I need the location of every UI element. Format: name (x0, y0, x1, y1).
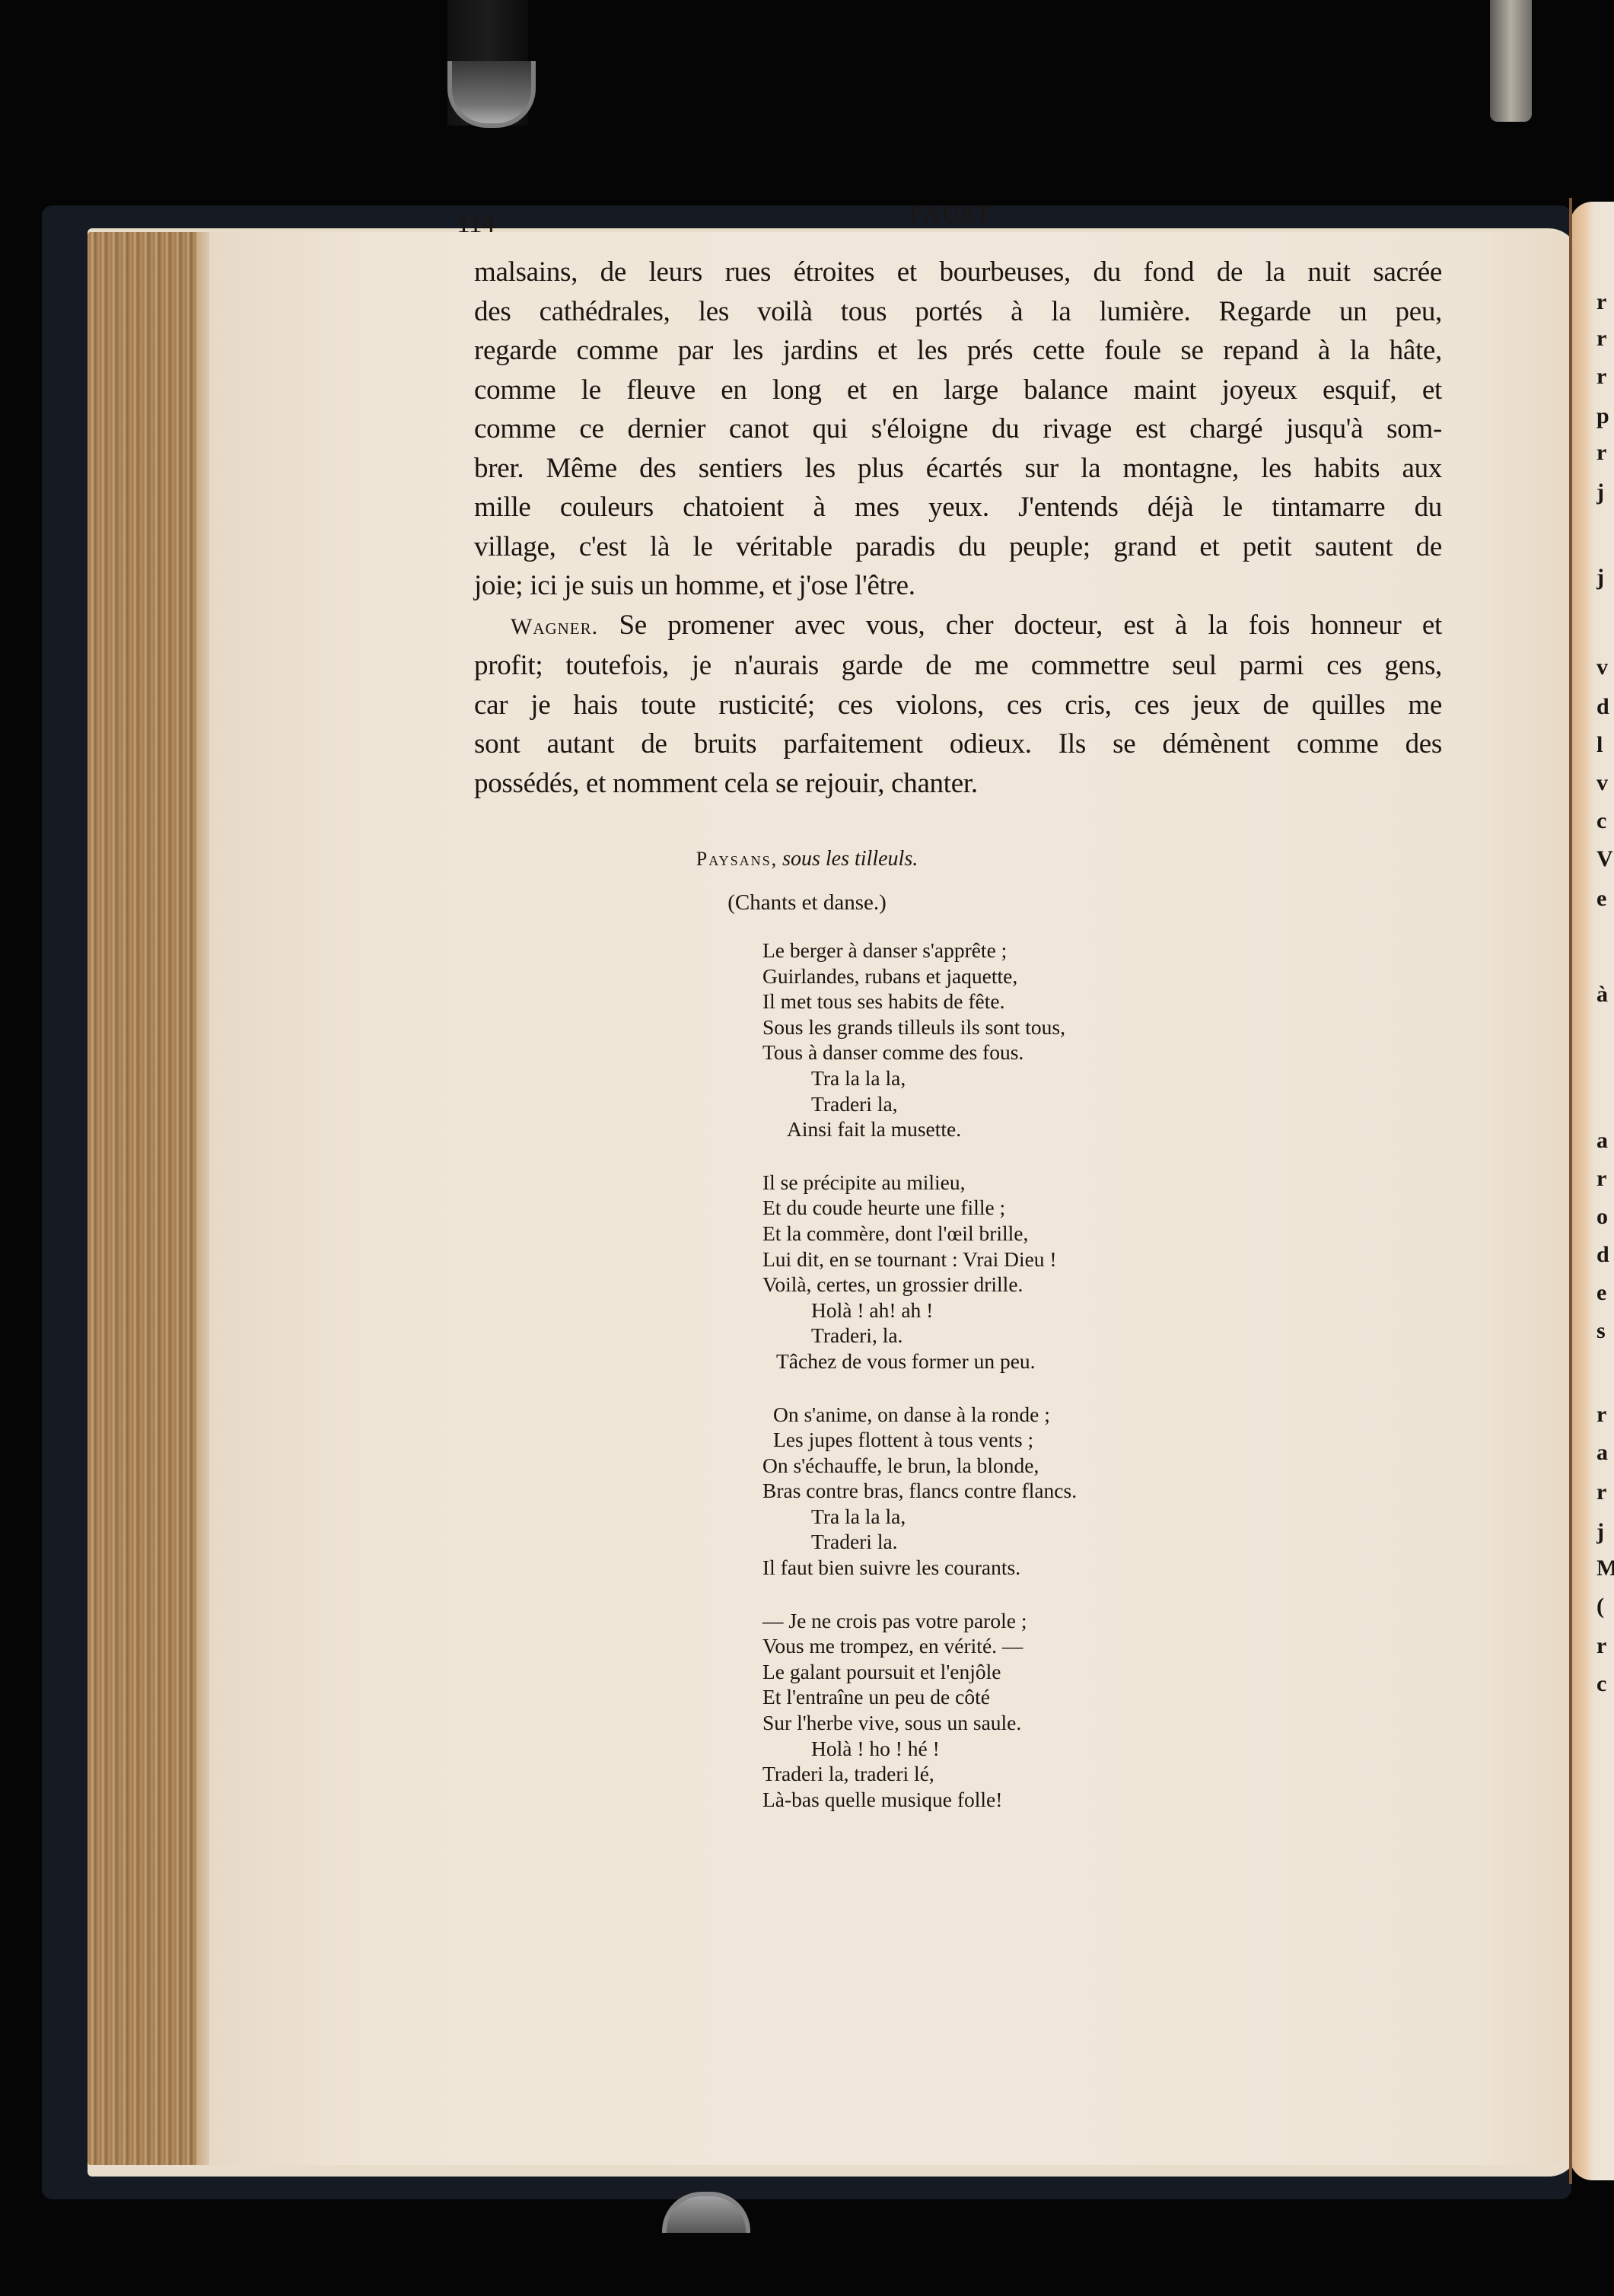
running-title: FAUST. (909, 199, 998, 228)
margin-letter: d (1596, 694, 1609, 720)
margin-letter: l (1596, 732, 1603, 758)
verse-line: Sur l'herbe vive, sous un saule. (762, 1710, 1077, 1736)
verse-line: Traderi la, traderi lé, (762, 1761, 1077, 1787)
verse-line: On s'échauffe, le brun, la blonde, (762, 1453, 1077, 1479)
margin-letter: s (1596, 1318, 1606, 1344)
verse-line: Holà ! ho ! hé ! (762, 1736, 1077, 1762)
margin-letter: j (1596, 479, 1604, 505)
faust-paragraph: malsains, de leurs rues étroites et bour… (474, 253, 1442, 606)
margin-letter: à (1596, 982, 1608, 1008)
song-speaker-heading: Paysans, sous les tilleuls. (0, 847, 1614, 871)
margin-letter: e (1596, 886, 1606, 912)
verse-line: Lui dit, en se tournant : Vrai Dieu ! (762, 1247, 1077, 1272)
verse-line: Tous à danser comme des fous. (762, 1040, 1077, 1065)
verse-line: Voilà, certes, un grossier drille. (762, 1272, 1077, 1298)
stage-direction: (Chants et danse.) (0, 890, 1614, 916)
speech-text: Se promener avec vous, cher docteur, est… (619, 610, 1443, 641)
margin-letter: r (1596, 1166, 1606, 1192)
prose-line: profit; toutefois, je n'aurais garde de … (474, 646, 1442, 686)
stanza: — Je ne crois pas votre parole ;Vous me … (762, 1608, 1077, 1813)
stanza: Le berger à danser s'apprête ;Guirlandes… (762, 938, 1077, 1142)
margin-letter: a (1596, 1128, 1608, 1154)
margin-letter: ( (1596, 1594, 1604, 1619)
verse-line: Là-bas quelle musique folle! (762, 1787, 1077, 1813)
prose-line: malsains, de leurs rues étroites et bour… (474, 253, 1442, 292)
verse-line: Guirlandes, rubans et jaquette, (762, 963, 1077, 989)
prose-line: Wagner. Se promener avec vous, cher doct… (474, 606, 1442, 647)
prose-line: des cathédrales, les voilà tous portés à… (474, 292, 1442, 332)
margin-letter: V (1596, 846, 1613, 872)
verse-line: Tra la la la, (762, 1065, 1077, 1091)
gutter-shadow (1569, 198, 1572, 2184)
margin-letter: j (1596, 1519, 1604, 1545)
margin-letter: o (1596, 1204, 1608, 1230)
margin-letter: r (1596, 289, 1606, 315)
prose-line: comme le fleuve en long et en large bala… (474, 371, 1442, 410)
verse-line: Et la commère, dont l'œil brille, (762, 1221, 1077, 1247)
verse-line: Vous me trompez, en vérité. — (762, 1633, 1077, 1659)
verse-line: Traderi, la. (762, 1323, 1077, 1349)
verse-line: Et l'entraîne un peu de côté (762, 1684, 1077, 1710)
prose-line: mille couleurs chatoient à mes yeux. J'e… (474, 488, 1442, 527)
margin-letter: c (1596, 1671, 1606, 1697)
page-clip-top-icon (447, 61, 536, 128)
margin-letter: e (1596, 1280, 1606, 1306)
song-setting: sous les tilleuls. (782, 847, 918, 871)
prose-line: sont autant de bruits parfaitement odieu… (474, 724, 1442, 764)
song-verses: Le berger à danser s'apprête ;Guirlandes… (762, 938, 1077, 1839)
verse-line: Le berger à danser s'apprête ; (762, 938, 1077, 963)
prose-line: comme ce dernier canot qui s'éloigne du … (474, 409, 1442, 449)
verse-line: Et du coude heurte une fille ; (762, 1195, 1077, 1221)
margin-letter: r (1596, 364, 1606, 390)
margin-letter: v (1596, 770, 1608, 796)
verse-line: Traderi la, (762, 1091, 1077, 1117)
wagner-paragraph: Wagner. Se promener avec vous, cher doct… (474, 606, 1442, 804)
running-header: 114 FAUST. (457, 199, 1446, 245)
margin-letter: a (1596, 1440, 1608, 1466)
margin-letter: r (1596, 440, 1606, 466)
verse-line: Tra la la la, (762, 1504, 1077, 1530)
prose-line: village, c'est là le véritable paradis d… (474, 527, 1442, 567)
page-weight-strap (1490, 0, 1532, 122)
verse-line: Sous les grands tilleuls ils sont tous, (762, 1014, 1077, 1040)
verse-line: On s'anime, on danse à la ronde ; (762, 1402, 1077, 1428)
verse-line: Ainsi fait la musette. (762, 1116, 1077, 1142)
page-number: 114 (457, 207, 495, 239)
stanza: Il se précipite au milieu,Et du coude he… (762, 1170, 1077, 1374)
song-speaker: Paysans, (696, 848, 778, 870)
margin-letter: r (1596, 1633, 1606, 1659)
margin-letter: v (1596, 654, 1608, 680)
page-edges-stack (88, 232, 213, 2165)
margin-letter: r (1596, 326, 1606, 352)
verse-line: Le galant poursuit et l'enjôle (762, 1659, 1077, 1685)
verse-line: Bras contre bras, flancs contre flancs. (762, 1478, 1077, 1504)
margin-letter: p (1596, 403, 1609, 429)
verse-line: Il met tous ses habits de fête. (762, 989, 1077, 1014)
stanza: On s'anime, on danse à la ronde ;Les jup… (762, 1402, 1077, 1581)
margin-letter: c (1596, 808, 1606, 834)
margin-letter: j (1596, 565, 1604, 591)
prose-line: joie; ici je suis un homme, et j'ose l'ê… (474, 566, 1442, 606)
prose-line: possédés, et nomment cela se rejouir, ch… (474, 764, 1442, 804)
prose-line: brer. Même des sentiers les plus écartés… (474, 449, 1442, 489)
verse-line: Traderi la. (762, 1529, 1077, 1555)
prose-body: malsains, de leurs rues étroites et bour… (474, 253, 1442, 803)
verse-line: — Je ne crois pas votre parole ; (762, 1608, 1077, 1634)
margin-letter: r (1596, 1402, 1606, 1428)
speaker-name: Wagner. (511, 614, 598, 639)
verse-line: Holà ! ah! ah ! (762, 1298, 1077, 1323)
facing-page-text-fragment: rrrprjjvdlvcVeàarodesrarjM(rc (1596, 0, 1614, 2296)
verse-line: Les jupes flottent à tous vents ; (762, 1427, 1077, 1453)
verse-line: Il se précipite au milieu, (762, 1170, 1077, 1196)
prose-line: regarde comme par les jardins et les pré… (474, 331, 1442, 371)
verse-line: Il faut bien suivre les courants. (762, 1555, 1077, 1581)
margin-letter: M (1596, 1556, 1614, 1581)
margin-letter: r (1596, 1479, 1606, 1505)
prose-line: car je hais toute rusticité; ces violons… (474, 686, 1442, 725)
margin-letter: d (1596, 1242, 1609, 1268)
verse-line: Tâchez de vous former un peu. (762, 1349, 1077, 1374)
